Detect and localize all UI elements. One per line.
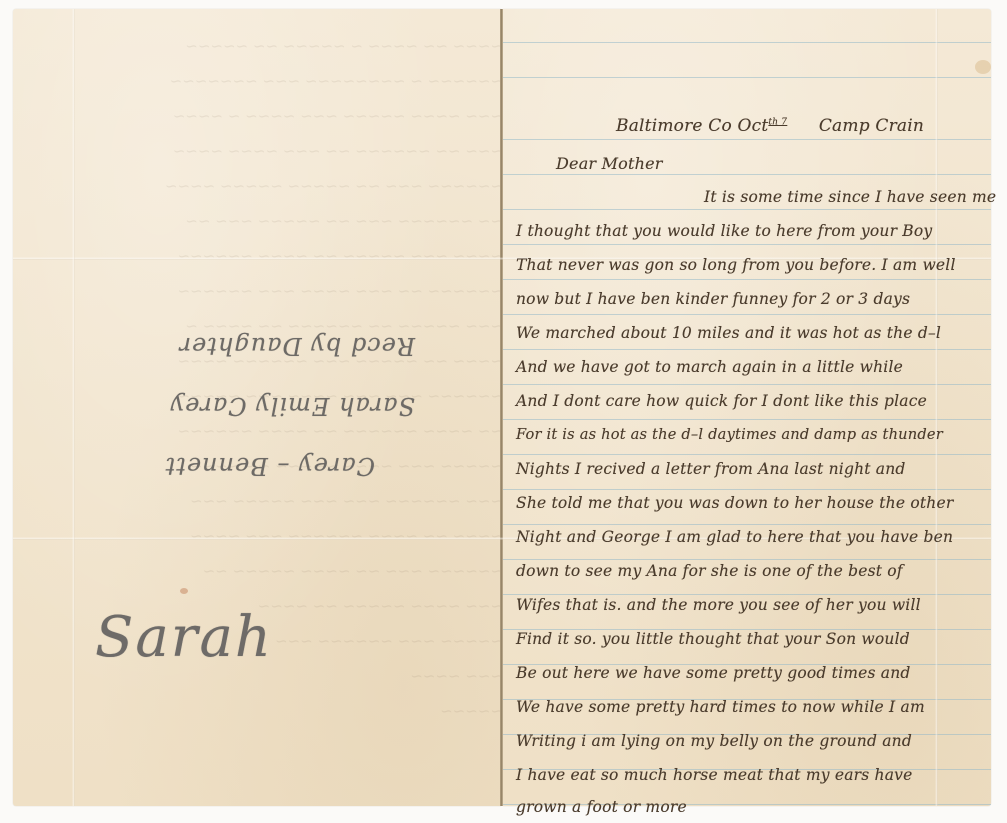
vertical-crease-right [935, 9, 938, 806]
scanned-letter: ~~~~ ~~ ~~~~ ~ ~~~~~ ~~ ~~~~~ ~~~~~~ ~ ~… [0, 0, 1007, 823]
letter-line: We have some pretty hard times to now wh… [516, 698, 925, 716]
letter-line: I have eat so much horse meat that my ea… [516, 766, 912, 784]
letter-line: And we have got to march again in a litt… [516, 358, 903, 376]
letter-heading: Baltimore Co Octth 7 Camp Crain [616, 116, 924, 136]
heading-place: Baltimore Co Oct [616, 116, 768, 136]
letter-line: We marched about 10 miles and it was hot… [516, 324, 941, 342]
letter-line: She told me that you was down to her hou… [516, 494, 953, 512]
letter-line: Nights I recived a letter from Ana last … [516, 460, 906, 478]
letter-line: grown a foot or more [516, 798, 687, 816]
letter-line: Be out here we have some pretty good tim… [516, 664, 911, 682]
salutation: Dear Mother [556, 154, 663, 173]
heading-date: th 7 [768, 117, 787, 127]
letter-line: now but I have ben kinder funney for 2 o… [516, 290, 910, 308]
letter-line: And I dont care how quick for I dont lik… [516, 392, 927, 410]
pencil-annotation: Carey – Bennett Sarah Emily Carey Recd b… [95, 300, 435, 490]
letter-line: Writing i am lying on my belly on the gr… [516, 732, 912, 750]
letter-line: For it is as hot as the d–l daytimes and… [516, 426, 943, 443]
letter-line: I thought that you would like to here fr… [516, 222, 932, 240]
letter-line: Wifes that is. and the more you see of h… [516, 596, 921, 614]
letter-line: That never was gon so long from you befo… [516, 256, 956, 274]
paper-stain [975, 60, 991, 74]
letter-line: It is some time since I have seen me [704, 188, 996, 206]
pencil-signature: Sarah [95, 605, 273, 670]
letter-line: Night and George I am glad to here that … [516, 528, 953, 546]
letter-line: Find it so. you little thought that your… [516, 630, 910, 648]
letter-line: down to see my Ana for she is one of the… [516, 562, 903, 580]
vertical-crease-left [72, 9, 75, 806]
pencil-line-received: Recd by Daughter [179, 332, 415, 360]
page-fold-center [500, 9, 503, 806]
heading-camp: Camp Crain [819, 116, 924, 136]
pencil-line-name: Sarah Emily Carey [170, 392, 415, 420]
paper-stain [180, 588, 188, 594]
pencil-line-family: Carey – Bennett [165, 452, 375, 480]
